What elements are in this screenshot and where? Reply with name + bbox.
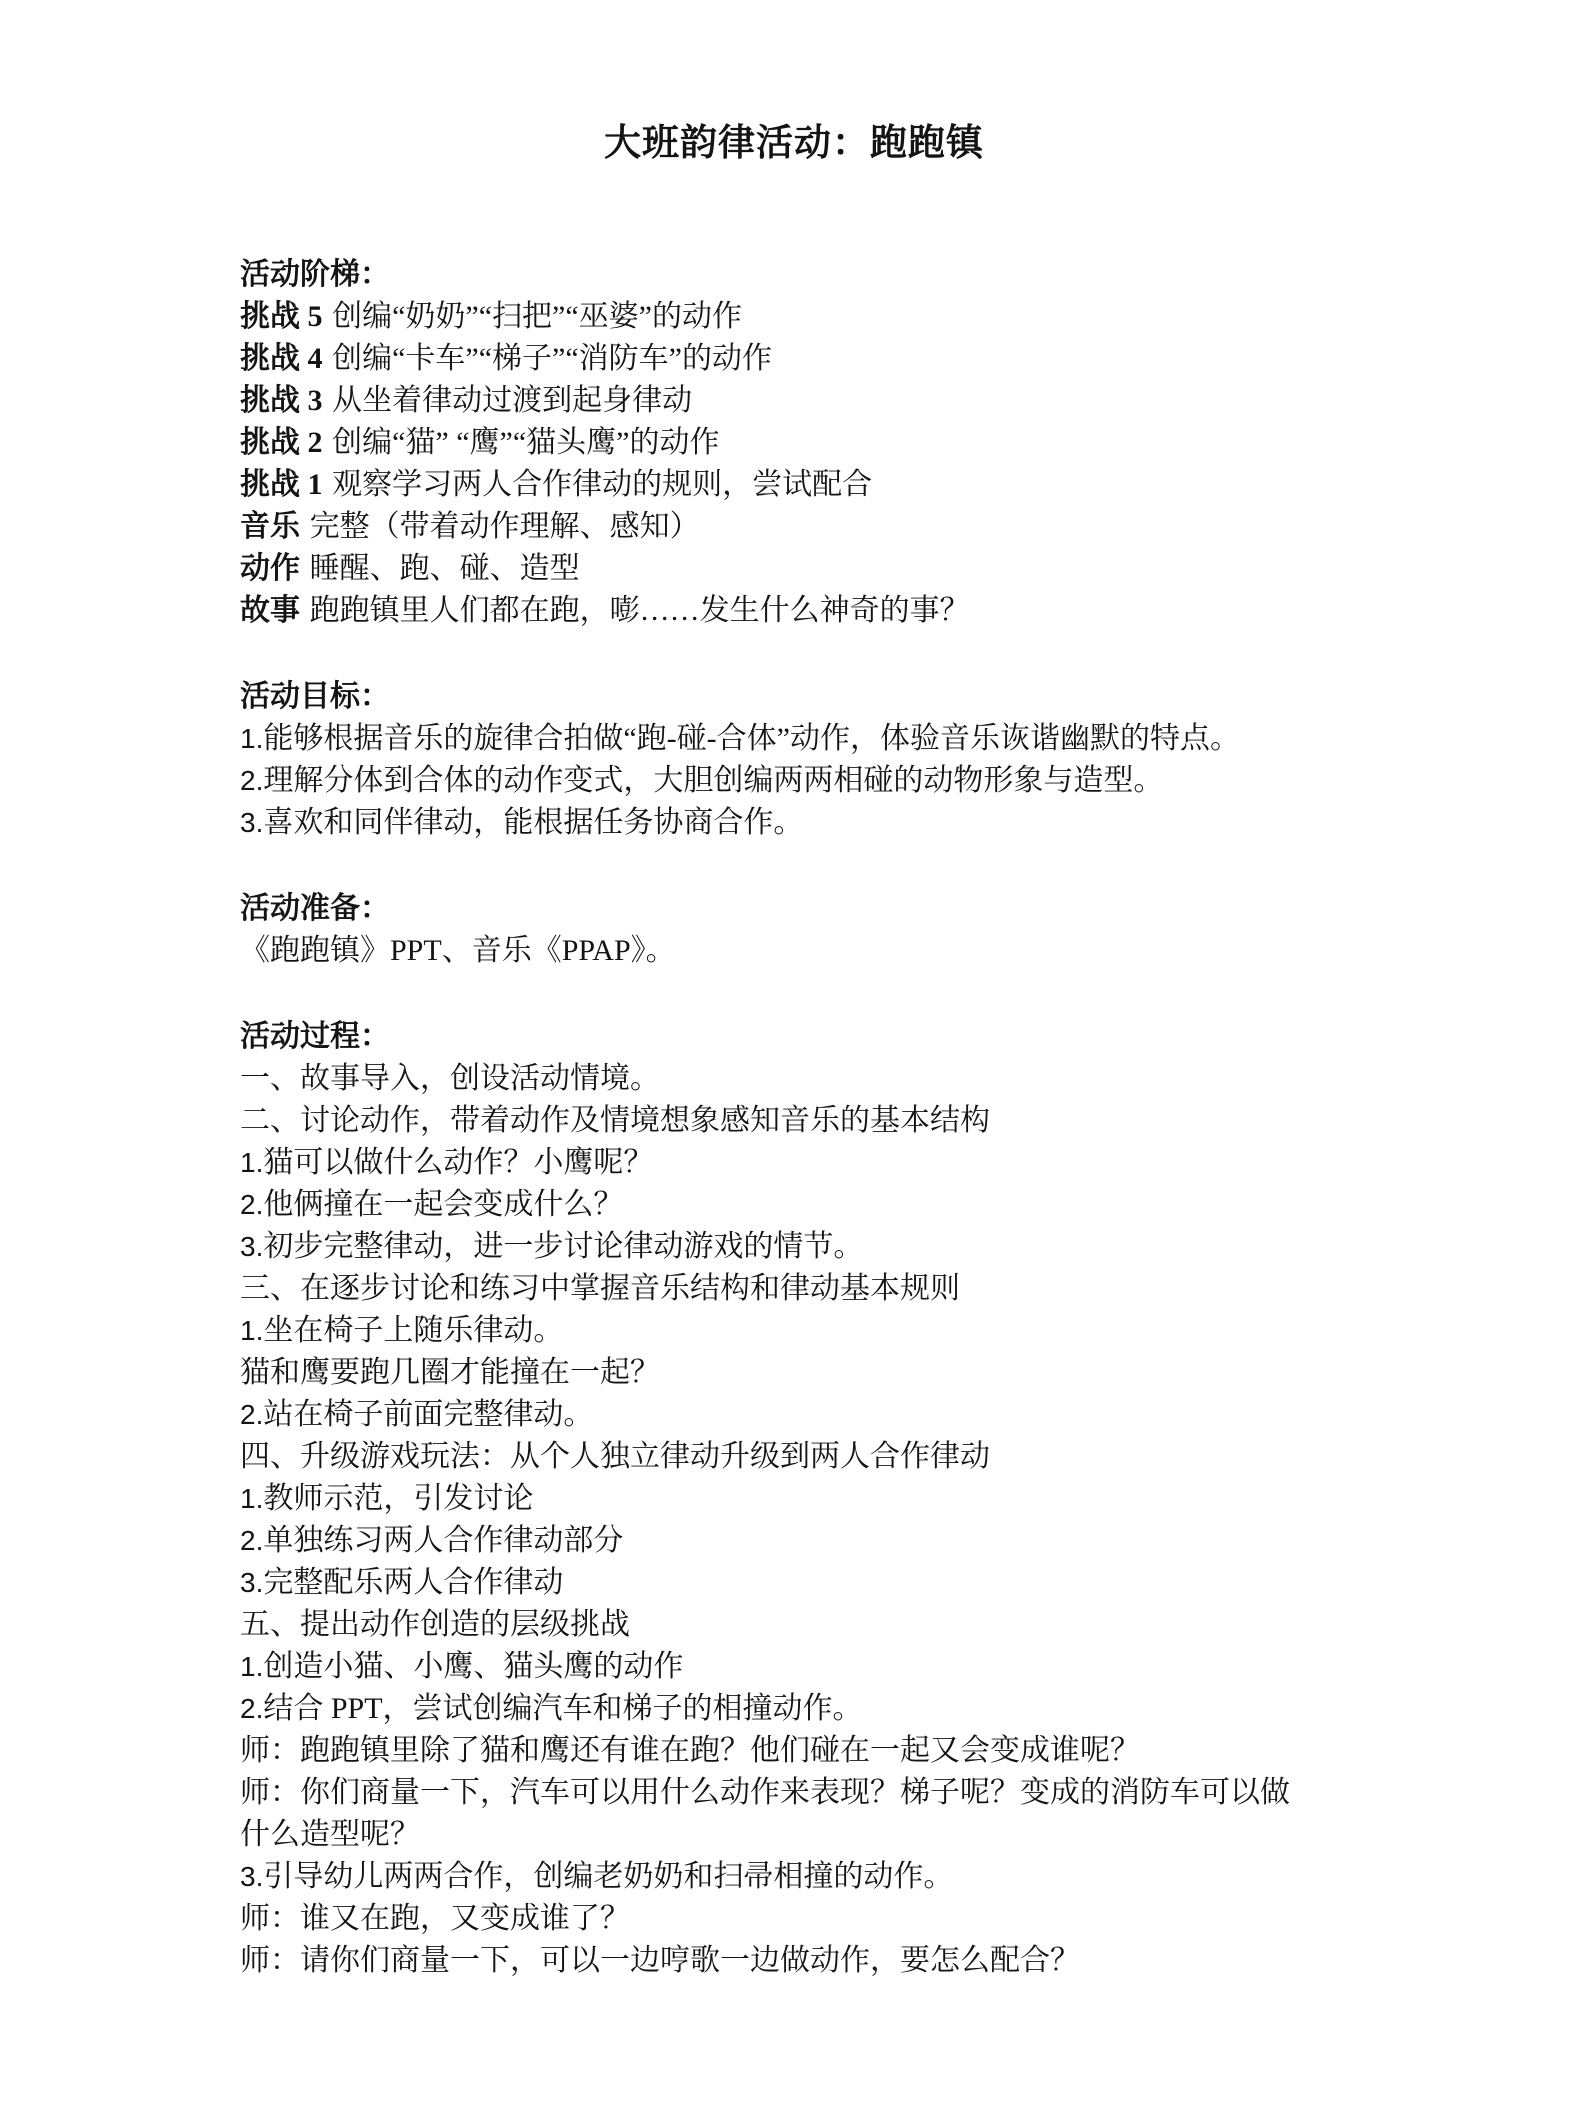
process-line: 2.他俩撞在一起会变成什么？ (240, 1184, 1348, 1226)
goal-num: 3. (240, 807, 263, 838)
ladder-step-text: 创编“奶奶”“扫把”“巫婆”的动作 (332, 300, 742, 333)
preparation-text: 《跑跑镇》PPT、音乐《PPAP》。 (240, 930, 1348, 972)
process-line-text: 猫和鹰要跑几圈才能撞在一起？ (240, 1356, 660, 1389)
ladder-step-text: 创编“卡车”“梯子”“消防车”的动作 (332, 342, 772, 375)
ladder-step-label: 挑战 4 (240, 342, 323, 375)
ladder-step-5: 挑战 5创编“奶奶”“扫把”“巫婆”的动作 (240, 296, 1348, 338)
ladder-step-text: 创编“猫” “鹰”“猫头鹰”的动作 (332, 426, 719, 459)
ladder-heading: 活动阶梯： (240, 254, 1348, 296)
ladder-step-text: 从坐着律动过渡到起身律动 (332, 384, 692, 417)
ladder-step-label: 音乐 (240, 510, 300, 543)
process-line-text: 师：你们商量一下，汽车可以用什么动作来表现？梯子呢？变成的消防车可以做 (240, 1776, 1290, 1809)
ladder-step-label: 挑战 1 (240, 468, 323, 501)
process-line: 三、在逐步讨论和练习中掌握音乐结构和律动基本规则 (240, 1268, 1348, 1310)
ladder-step-text: 跑跑镇里人们都在跑，嘭……发生什么神奇的事？ (310, 594, 970, 627)
process-line-text: 师：谁又在跑，又变成谁了？ (240, 1902, 630, 1935)
process-line: 2.结合 PPT，尝试创编汽车和梯子的相撞动作。 (240, 1688, 1348, 1730)
ladder-step-label: 挑战 2 (240, 426, 323, 459)
process-line-text: 初步完整律动，进一步讨论律动游戏的情节。 (263, 1230, 863, 1263)
process-line-num: 3. (240, 1567, 263, 1598)
process-line-num: 2. (240, 1693, 263, 1724)
document-page: 大班韵律活动：跑跑镇 活动阶梯： 挑战 5创编“奶奶”“扫把”“巫婆”的动作 挑… (0, 0, 1587, 2120)
process-line: 师：跑跑镇里除了猫和鹰还有谁在跑？他们碰在一起又会变成谁呢？ (240, 1730, 1348, 1772)
process-line-text: 站在椅子前面完整律动。 (263, 1398, 593, 1431)
goal-text: 喜欢和同伴律动，能根据任务协商合作。 (263, 806, 803, 839)
process-line: 2.站在椅子前面完整律动。 (240, 1394, 1348, 1436)
ladder-step-action: 动作睡醒、跑、碰、造型 (240, 548, 1348, 590)
process-line-num: 1. (240, 1147, 263, 1178)
process-line-text: 坐在椅子上随乐律动。 (263, 1314, 563, 1347)
process-line: 师：谁又在跑，又变成谁了？ (240, 1898, 1348, 1940)
process-line-num: 2. (240, 1525, 263, 1556)
goal-text: 理解分体到合体的动作变式，大胆创编两两相碰的动物形象与造型。 (263, 764, 1163, 797)
process-line: 1.坐在椅子上随乐律动。 (240, 1310, 1348, 1352)
process-line: 1.猫可以做什么动作？小鹰呢？ (240, 1142, 1348, 1184)
ladder-step-text: 完整（带着动作理解、感知） (310, 510, 700, 543)
process-line-num: 3. (240, 1861, 263, 1892)
process-line-num: 2. (240, 1189, 263, 1220)
ladder-step-2: 挑战 2创编“猫” “鹰”“猫头鹰”的动作 (240, 422, 1348, 464)
process-line-num: 3. (240, 1231, 263, 1262)
process-line: 3.引导幼儿两两合作，创编老奶奶和扫帚相撞的动作。 (240, 1856, 1348, 1898)
process-line-text: 教师示范，引发讨论 (263, 1482, 533, 1515)
section-goals: 活动目标： 1.能够根据音乐的旋律合拍做“跑-碰-合体”动作，体验音乐诙谐幽默的… (240, 676, 1348, 844)
process-line-text: 三、在逐步讨论和练习中掌握音乐结构和律动基本规则 (240, 1272, 960, 1305)
process-line: 什么造型呢？ (240, 1814, 1348, 1856)
preparation-heading: 活动准备： (240, 888, 1348, 930)
process-line-text: 引导幼儿两两合作，创编老奶奶和扫帚相撞的动作。 (263, 1860, 953, 1893)
ladder-step-story: 故事跑跑镇里人们都在跑，嘭……发生什么神奇的事？ (240, 590, 1348, 632)
goal-text: 能够根据音乐的旋律合拍做“跑-碰-合体”动作，体验音乐诙谐幽默的特点。 (263, 722, 1240, 755)
ladder-step-music: 音乐完整（带着动作理解、感知） (240, 506, 1348, 548)
ladder-step-text: 观察学习两人合作律动的规则，尝试配合 (332, 468, 872, 501)
process-line-text: 完整配乐两人合作律动 (263, 1566, 563, 1599)
process-line: 1.创造小猫、小鹰、猫头鹰的动作 (240, 1646, 1348, 1688)
process-line-text: 猫可以做什么动作？小鹰呢？ (263, 1146, 653, 1179)
process-line-text: 师：跑跑镇里除了猫和鹰还有谁在跑？他们碰在一起又会变成谁呢？ (240, 1734, 1140, 1767)
goal-item-2: 2.理解分体到合体的动作变式，大胆创编两两相碰的动物形象与造型。 (240, 760, 1348, 802)
process-line-num: 1. (240, 1651, 263, 1682)
process-heading: 活动过程： (240, 1016, 1348, 1058)
goal-num: 1. (240, 723, 263, 754)
ladder-step-label: 故事 (240, 594, 300, 627)
process-line: 师：你们商量一下，汽车可以用什么动作来表现？梯子呢？变成的消防车可以做 (240, 1772, 1348, 1814)
process-line: 2.单独练习两人合作律动部分 (240, 1520, 1348, 1562)
process-line: 五、提出动作创造的层级挑战 (240, 1604, 1348, 1646)
ladder-step-label: 挑战 5 (240, 300, 323, 333)
process-line: 师：请你们商量一下，可以一边哼歌一边做动作，要怎么配合？ (240, 1940, 1348, 1982)
goal-item-1: 1.能够根据音乐的旋律合拍做“跑-碰-合体”动作，体验音乐诙谐幽默的特点。 (240, 718, 1348, 760)
process-line: 1.教师示范，引发讨论 (240, 1478, 1348, 1520)
process-line-text: 四、升级游戏玩法：从个人独立律动升级到两人合作律动 (240, 1440, 990, 1473)
ladder-step-label: 挑战 3 (240, 384, 323, 417)
goal-item-3: 3.喜欢和同伴律动，能根据任务协商合作。 (240, 802, 1348, 844)
section-ladder: 活动阶梯： 挑战 5创编“奶奶”“扫把”“巫婆”的动作 挑战 4创编“卡车”“梯… (240, 254, 1348, 632)
ladder-step-label: 动作 (240, 552, 300, 585)
process-line-text: 结合 PPT，尝试创编汽车和梯子的相撞动作。 (263, 1692, 862, 1725)
process-line: 3.初步完整律动，进一步讨论律动游戏的情节。 (240, 1226, 1348, 1268)
ladder-step-4: 挑战 4创编“卡车”“梯子”“消防车”的动作 (240, 338, 1348, 380)
process-line: 四、升级游戏玩法：从个人独立律动升级到两人合作律动 (240, 1436, 1348, 1478)
process-line-num: 1. (240, 1315, 263, 1346)
ladder-step-text: 睡醒、跑、碰、造型 (310, 552, 580, 585)
ladder-step-3: 挑战 3从坐着律动过渡到起身律动 (240, 380, 1348, 422)
process-line-text: 什么造型呢？ (240, 1818, 420, 1851)
goal-num: 2. (240, 765, 263, 796)
ladder-step-1: 挑战 1观察学习两人合作律动的规则，尝试配合 (240, 464, 1348, 506)
page-title: 大班韵律活动：跑跑镇 (240, 118, 1348, 170)
process-line-text: 二、讨论动作，带着动作及情境想象感知音乐的基本结构 (240, 1104, 990, 1137)
process-line-text: 创造小猫、小鹰、猫头鹰的动作 (263, 1650, 683, 1683)
process-line-num: 2. (240, 1399, 263, 1430)
process-line: 二、讨论动作，带着动作及情境想象感知音乐的基本结构 (240, 1100, 1348, 1142)
section-preparation: 活动准备： 《跑跑镇》PPT、音乐《PPAP》。 (240, 888, 1348, 972)
process-line: 猫和鹰要跑几圈才能撞在一起？ (240, 1352, 1348, 1394)
process-line: 一、故事导入，创设活动情境。 (240, 1058, 1348, 1100)
goals-heading: 活动目标： (240, 676, 1348, 718)
process-line-text: 师：请你们商量一下，可以一边哼歌一边做动作，要怎么配合？ (240, 1944, 1080, 1977)
process-line-text: 五、提出动作创造的层级挑战 (240, 1608, 630, 1641)
process-line-text: 单独练习两人合作律动部分 (263, 1524, 623, 1557)
section-process: 活动过程： 一、故事导入，创设活动情境。 二、讨论动作，带着动作及情境想象感知音… (240, 1016, 1348, 1982)
process-line-num: 1. (240, 1483, 263, 1514)
process-line-text: 他俩撞在一起会变成什么？ (263, 1188, 623, 1221)
process-line-text: 一、故事导入，创设活动情境。 (240, 1062, 660, 1095)
process-line: 3.完整配乐两人合作律动 (240, 1562, 1348, 1604)
